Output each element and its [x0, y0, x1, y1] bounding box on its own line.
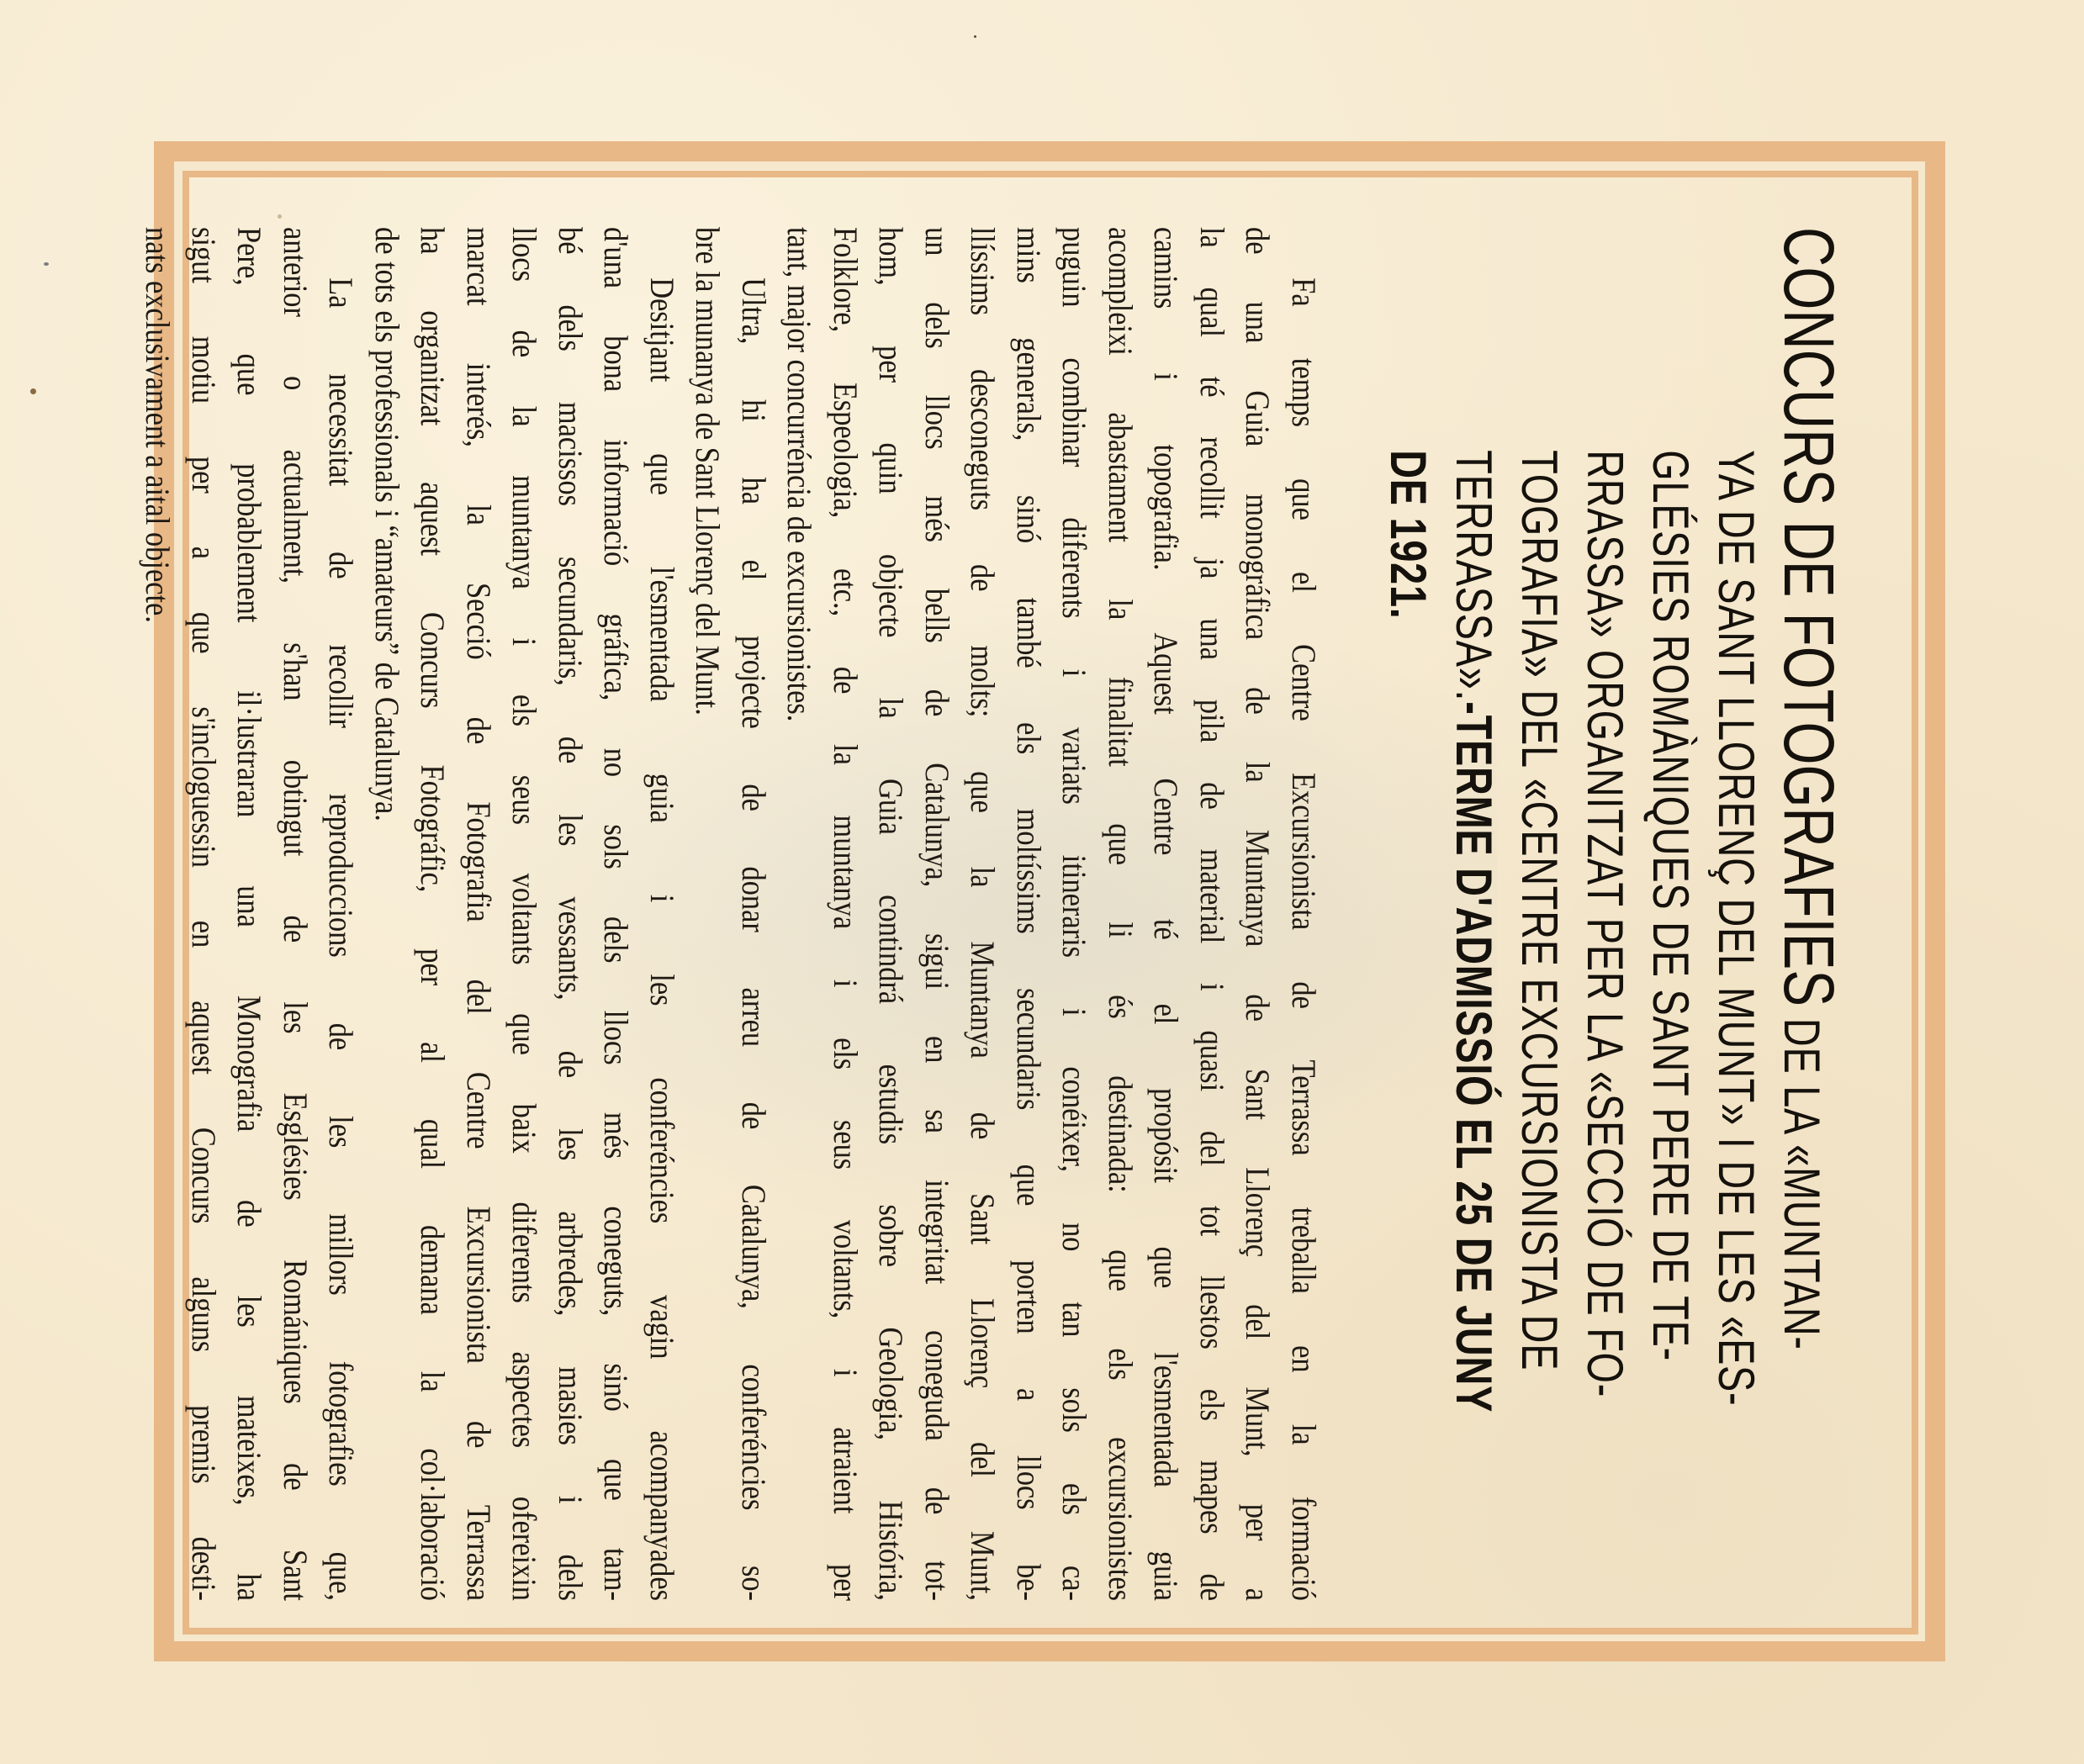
body-line: La necessitat de recollir reproduccions … [318, 227, 364, 1601]
body-line: sigut motiu per a que s'incloguessin en … [181, 227, 227, 1601]
paper-speck [44, 262, 49, 266]
body-line: nats exclusivament a aital objecte. [135, 227, 181, 1601]
body-line: ha organitzat aquest Concurs Fotográfic,… [410, 227, 456, 1601]
body-line: Pere, que probablement il·lustraran una … [226, 227, 272, 1601]
body-line: puguin combinar diferents i variats itin… [1051, 227, 1098, 1601]
admission-deadline: DE 1921. [1380, 450, 1436, 619]
announcement-body: Fa temps que el Centre Excursionista de … [135, 227, 1326, 1606]
body-line: marcat interés, la Secció de Fotografia … [456, 227, 502, 1601]
announcement-heading: CONCURS DE FOTOGRAFIES DE LA «MUNTAN-YA … [1375, 227, 1842, 1606]
heading-text: TOGRAFIA» DEL «CENTRE EXCURSIONISTA DE [1511, 450, 1568, 1371]
body-line: de tots els professionals i “amateurs” d… [364, 227, 410, 1601]
rotated-page-content: CONCURS DE FOTOGRAFIES DE LA «MUNTAN-YA … [235, 227, 1842, 1606]
heading-text: YA DE SANT LLORENÇ DEL MUNT» I DE LES «E… [1708, 450, 1764, 1406]
body-line: tant, major concurréncia de excursionist… [776, 227, 822, 1601]
body-line: bé dels macissos secundaris, de les vess… [547, 227, 594, 1601]
heading-line: RRASSA» ORGANITZAT PER LA «SECCIÓ DE FO- [1572, 227, 1637, 1302]
body-line: llocs de la muntanya i els seus voltants… [501, 227, 547, 1601]
heading-subtitle: DE LA «MUNTAN- [1774, 1006, 1830, 1350]
body-line: Desitjant que l'esmentada guia i les con… [639, 227, 685, 1601]
body-line: la qual té recollit ja una pila de mater… [1189, 227, 1235, 1601]
heading-title: CONCURS DE FOTOGRAFIES [1769, 227, 1849, 1006]
body-line: anterior o actualment, s'han obtingut de… [272, 227, 319, 1601]
heading-text: GLÉSIES ROMÀNIQUES DE SANT PERE DE TE- [1642, 450, 1699, 1361]
paper-speck [30, 388, 36, 394]
body-line: camins i topografia. Aquest Centre té el… [1143, 227, 1189, 1601]
body-line: bre la munanya de Sant Llorenç del Munt. [685, 227, 731, 1601]
heading-line: GLÉSIES ROMÀNIQUES DE SANT PERE DE TE- [1637, 227, 1703, 1302]
admission-deadline: -TERME D'ADMISSIÓ EL 25 DE JUNY [1446, 701, 1502, 1413]
paper-speck [974, 35, 976, 38]
body-line: un dels llocs més bells de Catalunya, si… [914, 227, 960, 1601]
body-line: llíssims desconeguts de molts; que la Mu… [960, 227, 1006, 1601]
paper-speck [278, 214, 282, 219]
body-line: d'una bona informació gráfica, no sols d… [593, 227, 639, 1601]
heading-line: DE 1921. [1375, 227, 1441, 1302]
body-line: mins generals, sinó també els moltíssims… [1006, 227, 1052, 1601]
heading-line: YA DE SANT LLORENÇ DEL MUNT» I DE LES «E… [1703, 227, 1769, 1302]
heading-text: TERRASSA». [1446, 450, 1502, 701]
heading-line: TERRASSA».-TERME D'ADMISSIÓ EL 25 DE JUN… [1441, 227, 1506, 1302]
body-line: Ultra, hi ha el projecte de donar arreu … [731, 227, 777, 1601]
heading-line: TOGRAFIA» DEL «CENTRE EXCURSIONISTA DE [1506, 227, 1572, 1302]
body-line: hom, per quin objecte la Guia contindrá … [868, 227, 914, 1601]
heading-text: RRASSA» ORGANITZAT PER LA «SECCIÓ DE FO- [1577, 450, 1633, 1397]
body-line: acompleixi abastament la finalitat que l… [1098, 227, 1144, 1601]
body-line: Folklore, Espeologia, etc., de la muntan… [822, 227, 869, 1601]
body-line: Fa temps que el Centre Excursionista de … [1281, 227, 1327, 1601]
body-line: de una Guia monográfica de la Muntanya d… [1235, 227, 1281, 1601]
heading-line: CONCURS DE FOTOGRAFIES DE LA «MUNTAN- [1769, 227, 1842, 1302]
